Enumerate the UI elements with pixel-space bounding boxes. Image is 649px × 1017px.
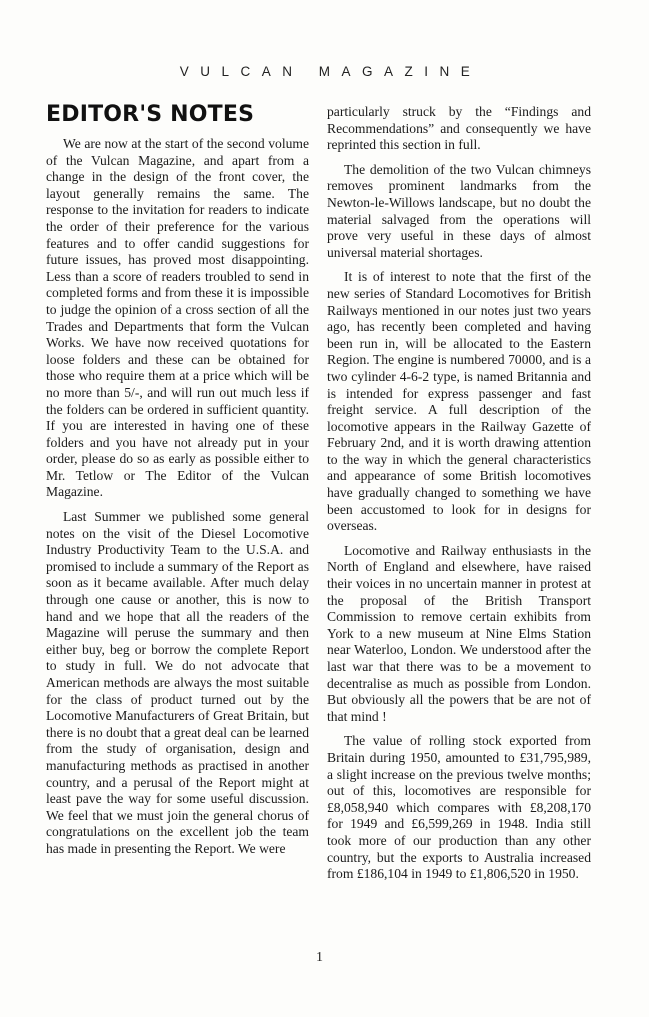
page-number: 1 — [316, 950, 323, 966]
paragraph: We are now at the start of the second vo… — [46, 136, 309, 501]
paragraph: Locomotive and Railway enthusiasts in th… — [327, 543, 591, 726]
running-title: VULCAN MAGAZINE — [0, 64, 649, 79]
paragraph: It is of interest to note that the first… — [327, 269, 591, 535]
right-column: particularly struck by the “Findings and… — [327, 104, 591, 891]
paragraph: The value of rolling stock exported from… — [327, 733, 591, 882]
article-title: EDITOR'S NOTES — [46, 101, 309, 129]
paragraph-continued: particularly struck by the “Findings and… — [327, 104, 591, 154]
paragraph: The demolition of the two Vulcan chim­ne… — [327, 162, 591, 262]
left-column: EDITOR'S NOTES We are now at the start o… — [46, 101, 309, 866]
paragraph: Last Summer we published some general no… — [46, 509, 309, 857]
